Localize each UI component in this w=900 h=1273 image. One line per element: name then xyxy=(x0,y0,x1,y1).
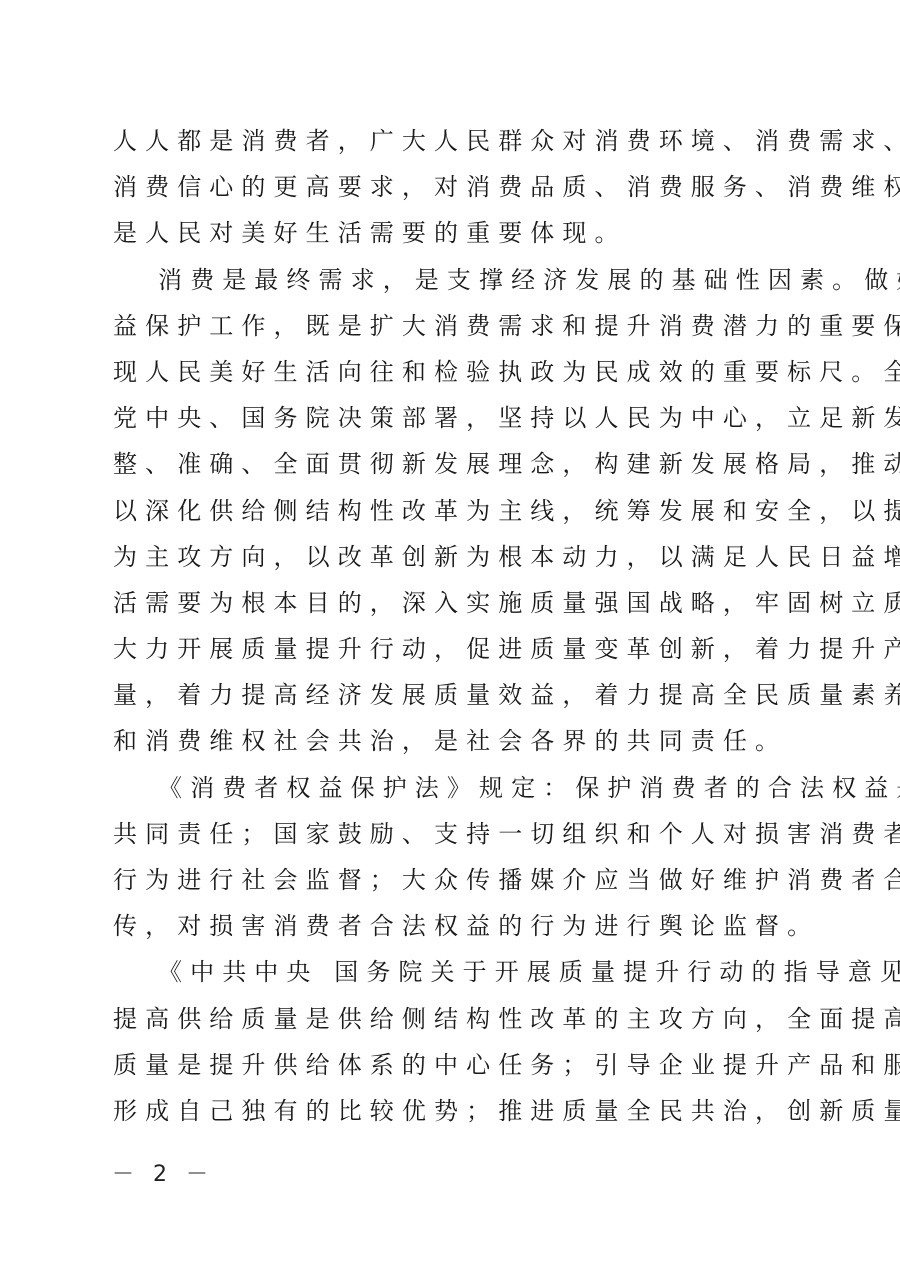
text-line: 现人民美好生活向往和检验执政为民成效的重要标尺。全面贯彻落实 xyxy=(113,349,793,395)
text-line: 提高供给质量是供给侧结构性改革的主攻方向，全面提高产品和服务 xyxy=(113,996,793,1042)
paragraph-1: 人人都是消费者，广大人民群众对消费环境、消费需求、消费决策、 消费信心的更高要求… xyxy=(113,118,793,257)
text-line: 形成自己独有的比较优势；推进质量全民共治，创新质量治理模式， xyxy=(113,1088,793,1134)
text-line: 消费信心的更高要求，对消费品质、消费服务、消费维权的更高期望， xyxy=(113,164,793,210)
text-line: 传，对损害消费者合法权益的行为进行舆论监督。 xyxy=(113,903,793,949)
paragraph-3: 《消费者权益保护法》规定：保护消费者的合法权益是全社会的 共同责任；国家鼓励、支… xyxy=(113,765,793,950)
text-line: 活需要为根本目的，深入实施质量强国战略，牢固树立质量第一意识， xyxy=(113,580,793,626)
paragraph-4: 《中共中央 国务院关于开展质量提升行动的指导意见》指出： 提高供给质量是供给侧结… xyxy=(113,949,793,1134)
text-line: 党中央、国务院决策部署，坚持以人民为中心，立足新发展阶段，完 xyxy=(113,395,793,441)
text-line: 以深化供给侧结构性改革为主线，统筹发展和安全，以提高供给质量 xyxy=(113,488,793,534)
text-line: 整、准确、全面贯彻新发展理念，构建新发展格局，推动高质量发展， xyxy=(113,441,793,487)
text-line: 和消费维权社会共治，是社会各界的共同责任。 xyxy=(113,718,793,764)
text-line: 共同责任；国家鼓励、支持一切组织和个人对损害消费者合法权益的 xyxy=(113,811,793,857)
text-line: 益保护工作，既是扩大消费需求和提升消费潜力的重要保障，也是实 xyxy=(113,303,793,349)
text-line: 量，着力提高经济发展质量效益，着力提高全民质量素养，推进质量 xyxy=(113,672,793,718)
paragraph-2: 消费是最终需求，是支撑经济发展的基础性因素。做好消费者权 益保护工作，既是扩大消… xyxy=(113,257,793,765)
text-line: 是人民对美好生活需要的重要体现。 xyxy=(113,210,793,256)
page-number: － 2 － xyxy=(112,1157,214,1188)
text-line: 人人都是消费者，广大人民群众对消费环境、消费需求、消费决策、 xyxy=(113,118,793,164)
text-line: 质量是提升供给体系的中心任务；引导企业提升产品和服务附加值， xyxy=(113,1042,793,1088)
text-line: 《消费者权益保护法》规定：保护消费者的合法权益是全社会的 xyxy=(113,765,793,811)
document-page: 人人都是消费者，广大人民群众对消费环境、消费需求、消费决策、 消费信心的更高要求… xyxy=(113,118,793,1134)
text-line: 大力开展质量提升行动，促进质量变革创新，着力提升产品和服务质 xyxy=(113,626,793,672)
text-line: 行为进行社会监督；大众传播媒介应当做好维护消费者合法权益的宣 xyxy=(113,857,793,903)
text-line: 为主攻方向，以改革创新为根本动力，以满足人民日益增长的美好生 xyxy=(113,534,793,580)
text-line: 消费是最终需求，是支撑经济发展的基础性因素。做好消费者权 xyxy=(113,257,793,303)
text-line: 《中共中央 国务院关于开展质量提升行动的指导意见》指出： xyxy=(113,949,793,995)
